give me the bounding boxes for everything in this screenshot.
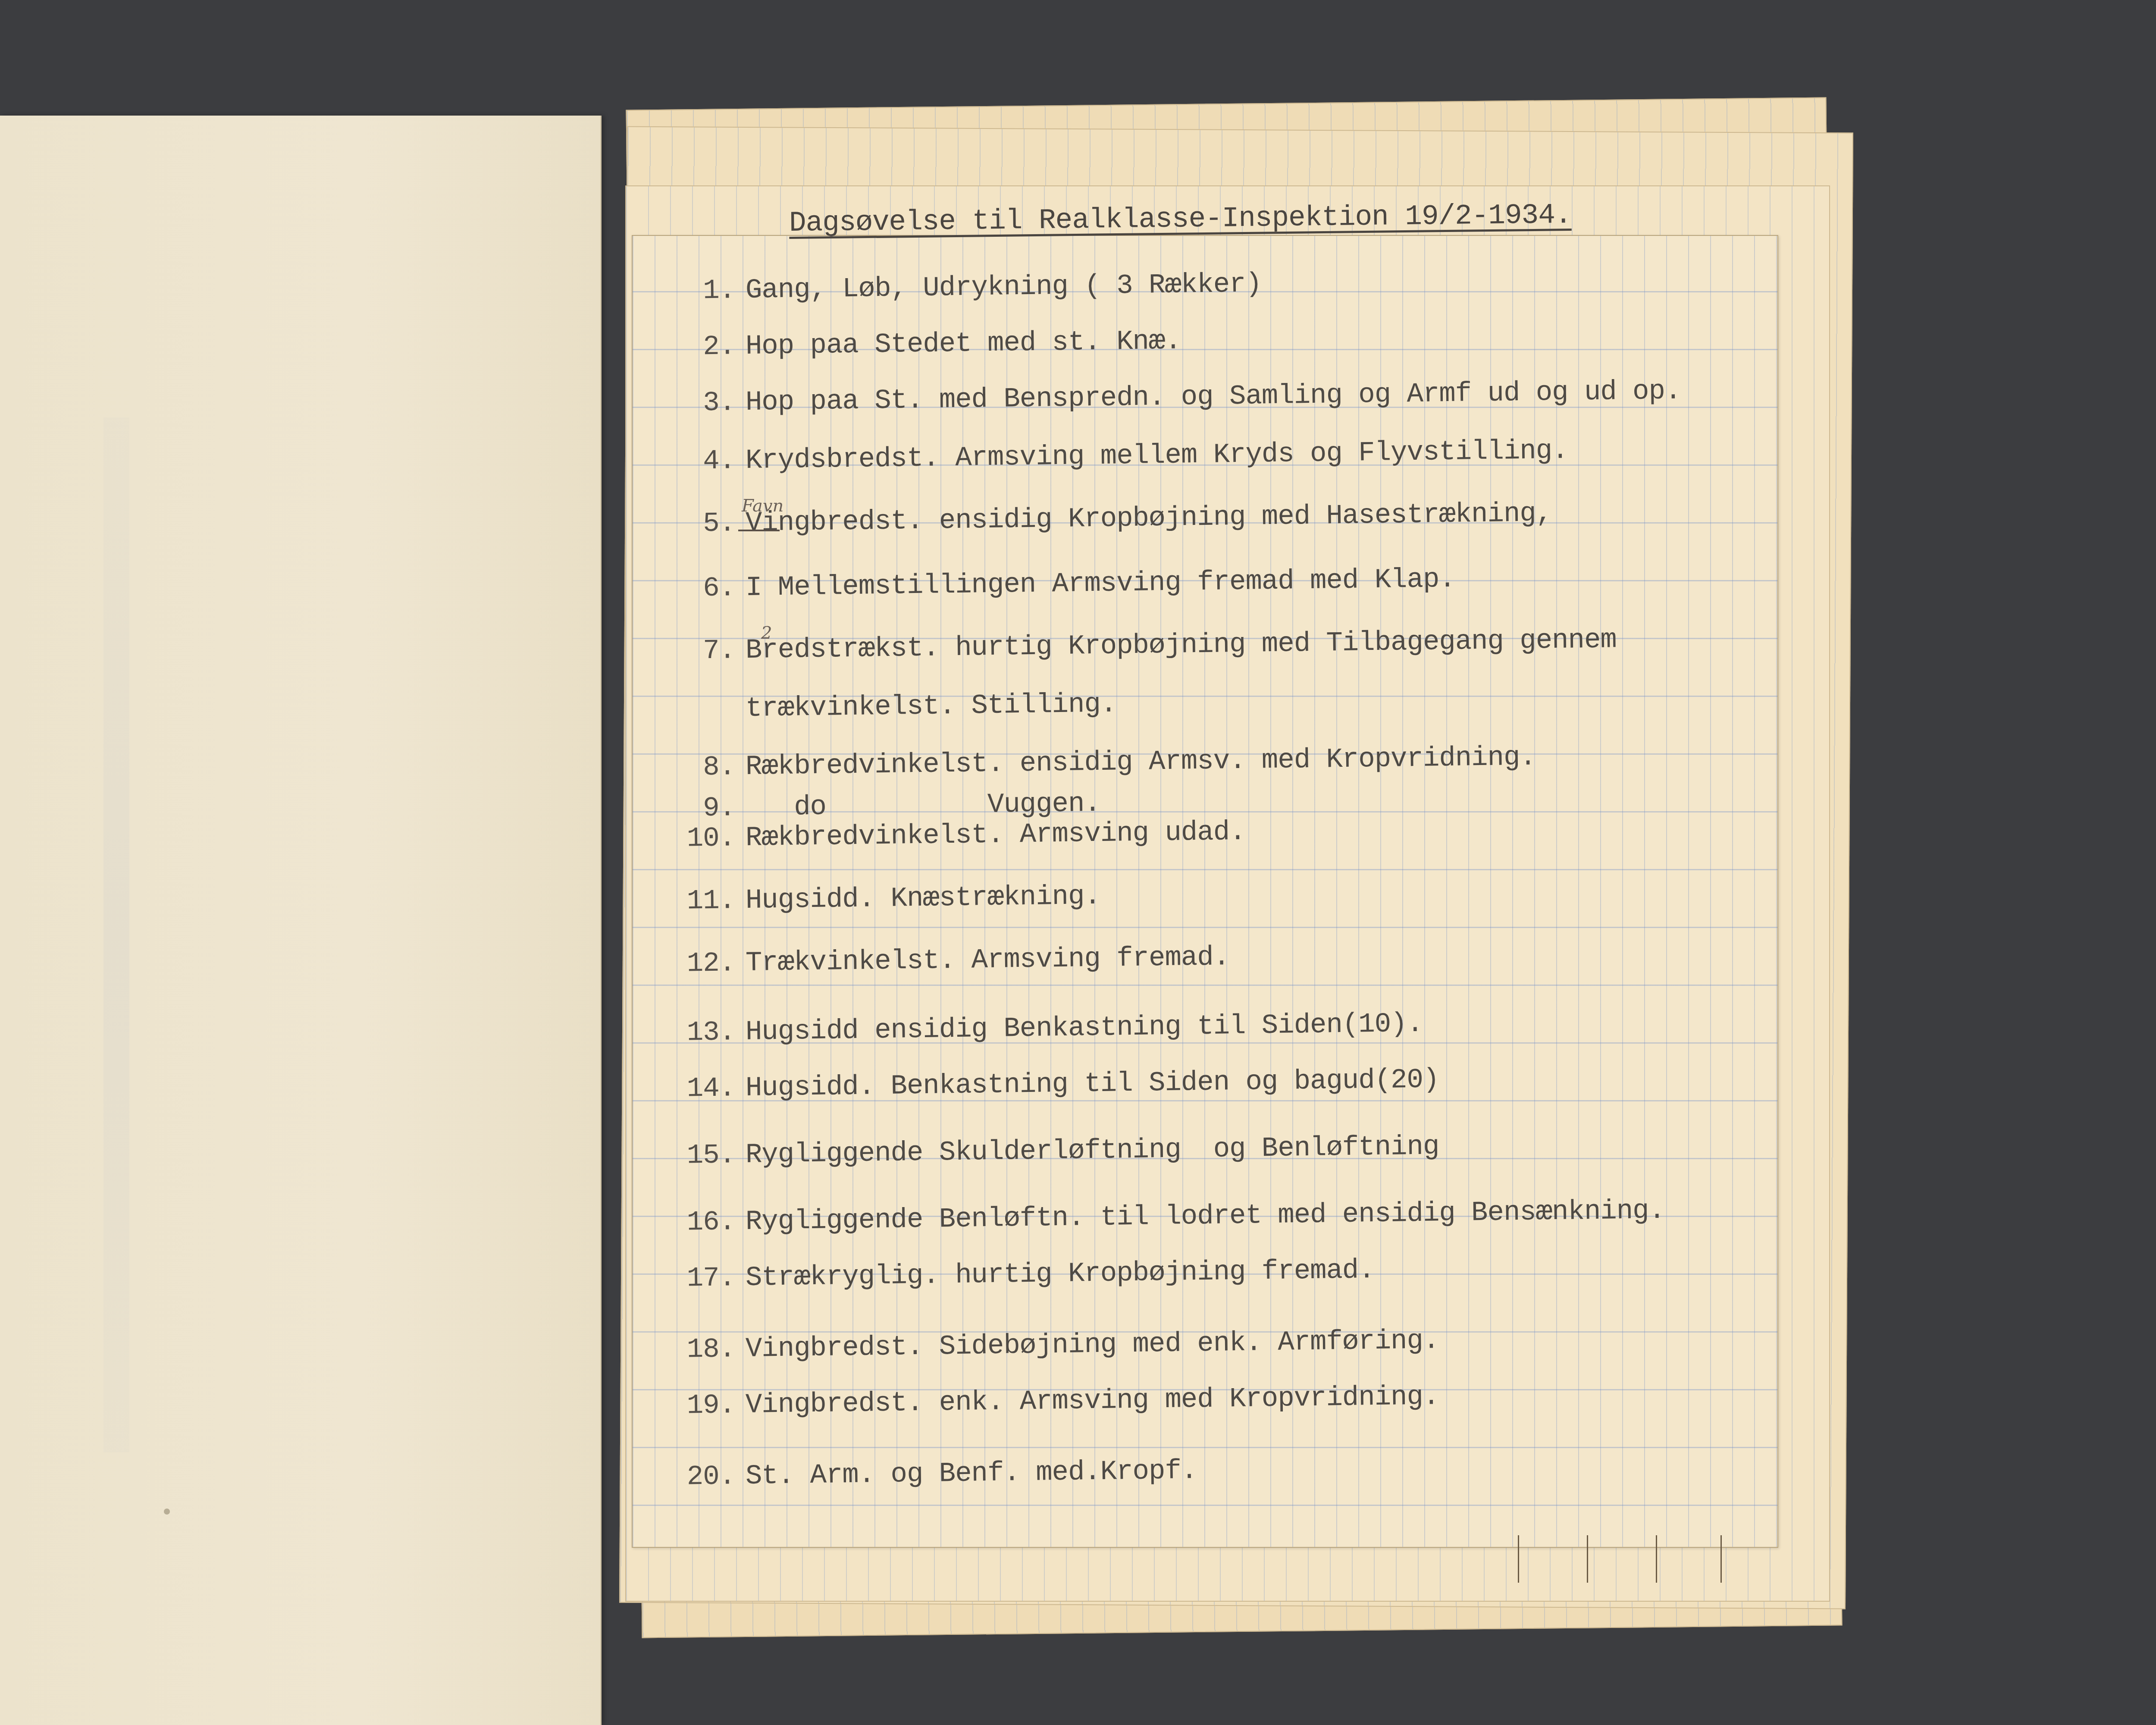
strikethrough-mark <box>738 530 780 531</box>
list-item: 15.Rygliggende Skulderløftning og Benløf… <box>673 1131 1439 1172</box>
list-item: 3.Hop paa St. med Benspredn. og Samling … <box>673 376 1681 419</box>
handwritten-mark: 2 <box>761 623 772 643</box>
list-item-continuation: trækvinkelst. Stilling. <box>673 689 1117 725</box>
list-item: 2.Hop paa Stedet med st. Knæ. <box>673 326 1181 363</box>
list-item: 16.Rygliggende Benløftn. til lodret med … <box>673 1195 1665 1239</box>
list-item: 13.Hugsidd ensidig Benkastning til Siden… <box>673 1009 1423 1049</box>
list-item: 8.Rækbredvinkelst. ensidig Armsv. med Kr… <box>673 742 1536 784</box>
list-item: 6.I Mellemstillingen Armsving fremad med… <box>673 564 1456 605</box>
list-item: 20.St. Arm. og Benf. med.Kropf. <box>673 1455 1197 1493</box>
list-item: 14.Hugsidd. Benkastning til Siden og bag… <box>673 1064 1439 1105</box>
list-item: 5.Vingbredst. ensidig Kropbøjning med Ha… <box>673 498 1552 540</box>
list-item: 12.Trækvinkelst. Armsving fremad. <box>673 942 1230 980</box>
typed-document: Dagsøvelse til Realklasse-Inspektion 19/… <box>0 0 2156 1725</box>
document-title: Dagsøvelse til Realklasse-Inspektion 19/… <box>789 199 1572 239</box>
list-item: 18.Vingbredst. Sidebøjning med enk. Armf… <box>673 1325 1439 1366</box>
handwritten-correction: Favn <box>742 496 783 516</box>
list-item: 19.Vingbredst. enk. Armsving med Kropvri… <box>673 1381 1439 1422</box>
list-item: 1.Gang, Løb, Udrykning ( 3 Rækker) <box>673 269 1262 307</box>
list-item: 11.Hugsidd. Knæstrækning. <box>673 881 1101 917</box>
list-item: 17.Strækryglig. hurtig Kropbøjning frema… <box>673 1255 1375 1295</box>
list-item: 4.Krydsbredst. Armsving mellem Kryds og … <box>673 436 1568 477</box>
list-item: 7.Bredstrækst. hurtig Kropbøjning med Ti… <box>673 624 1617 667</box>
list-item: 10.Rækbredvinkelst. Armsving udad. <box>673 817 1246 855</box>
